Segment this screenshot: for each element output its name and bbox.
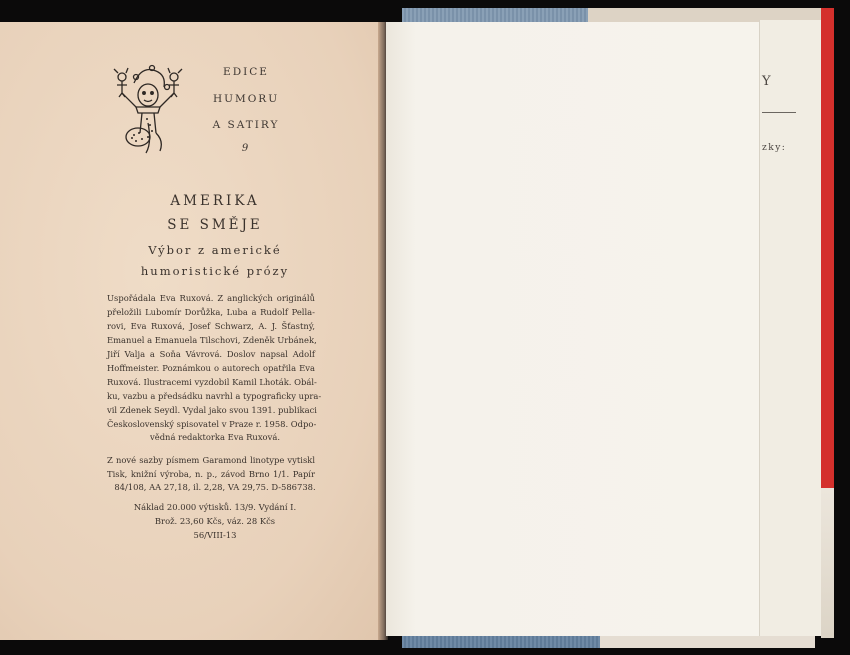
book-subtitle-line-2: humoristické prózy [100, 264, 330, 278]
blue-cloth-binding-bottom [402, 636, 602, 648]
flap-rule [762, 112, 796, 113]
credits-line: Emanuel a Emanuela Tilschovi, Zdeněk Urb… [107, 334, 315, 346]
blue-cloth-binding-top [402, 8, 592, 22]
book-subtitle-line-1: Výbor z americké [100, 243, 330, 257]
jester-illustration-icon [112, 63, 188, 157]
series-line-2: HUMORU [196, 93, 296, 105]
edition-line: Náklad 20.000 výtisků. 13/9. Vydání I. [100, 502, 330, 512]
printing-line: Z nové sazby písmem Garamond linotype vy… [107, 454, 315, 466]
jacket-bottom-edge [600, 636, 815, 648]
book-title-line-1: AMERIKA [100, 193, 330, 209]
printing-last-line: 84/108, AA 27,18, il. 2,28, VA 29,75. D-… [100, 482, 330, 492]
credits-line: ku, vazbu a předsádku navrhl a typografi… [107, 390, 315, 402]
series-number: 9 [196, 143, 296, 154]
book-title-line-2: SE SMĚJE [100, 217, 330, 233]
series-line-3: A SATIRY [196, 119, 296, 131]
jacket-lower-edge [821, 488, 834, 638]
catalog-line: 56/VIII-13 [100, 530, 330, 540]
credits-line: Ruxová. Ilustracemi vyzdobil Kamil Lhotá… [107, 376, 315, 388]
printing-line: Tisk, knižní výroba, n. p., závod Brno 1… [107, 468, 315, 480]
credits-line: Československý spisovatel v Praze r. 195… [107, 418, 315, 430]
price-line: Brož. 23,60 Kčs, váz. 28 Kčs [100, 516, 330, 526]
credits-line: Uspořádala Eva Ruxová. Z anglických orig… [107, 292, 315, 304]
credits-line: přeložili Lubomír Dorůžka, Luba a Rudolf… [107, 306, 315, 318]
credits-line: vil Zdenek Seydl. Vydal jako svou 1391. … [107, 404, 315, 416]
flap-letter: Y [762, 74, 772, 89]
right-blank-page [386, 22, 759, 636]
red-jacket-spine [821, 8, 834, 488]
credits-line: Jiří Valja a Soňa Vávrová. Doslov napsal… [107, 348, 315, 360]
credits-line: rovi, Eva Ruxová, Josef Schwarz, A. J. Š… [107, 320, 315, 332]
credits-line: Hoffmeister. Poznámkou o autorech opatři… [107, 362, 315, 374]
credits-last-line: vědná redaktorka Eva Ruxová. [100, 432, 330, 442]
flap-fragment: zky: [762, 143, 786, 153]
series-line-1: EDICE [196, 66, 296, 78]
